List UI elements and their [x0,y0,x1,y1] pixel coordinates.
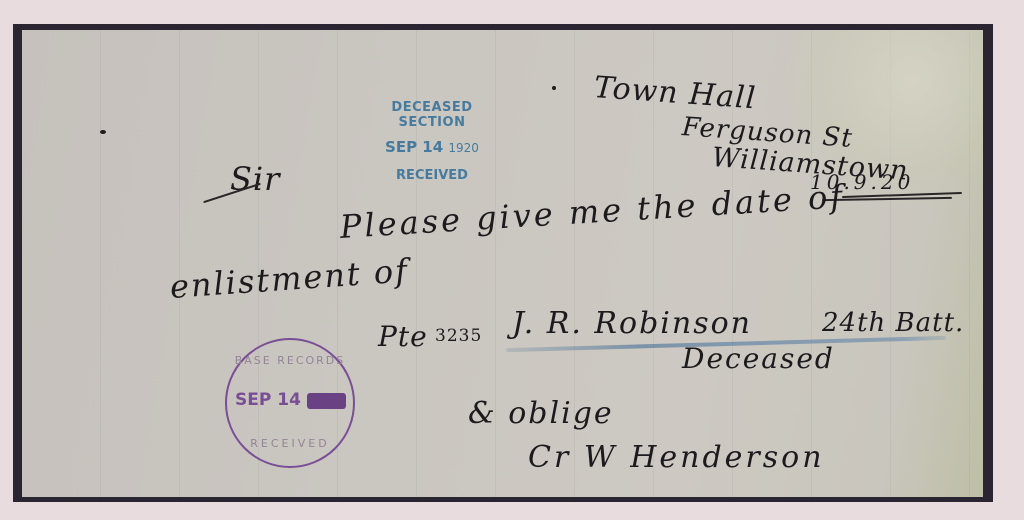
stamp-line-received: RECEIVED [362,168,502,183]
soldier-name: J. R. Robinson [512,306,752,341]
address-line-town-hall: Town Hall [593,70,758,116]
deceased-section-stamp: DECEASED SECTION SEP 14 1920 RECEIVED [362,100,502,183]
body-line-2: enlistment of [169,251,410,306]
stamp-date-year: 1920 [307,393,346,409]
stamp-date-day: SEP 14 [385,138,443,156]
stamp-line-deceased: DECEASED [362,100,502,115]
stamp-bottom-text: RECEIVED [227,437,353,450]
stamp-line-section: SECTION [362,115,502,130]
battalion: 24th Batt. [822,308,964,338]
rank-prefix: Pte [378,320,428,353]
salutation: Sir [230,160,280,198]
stamp-date-year: 1920 [448,141,479,155]
ink-blot [100,130,106,134]
stamp-date-day: SEP 14 [235,390,301,410]
stamp-date: SEP 14 1920 [235,390,353,410]
signature: Cr W Henderson [528,440,825,475]
status-deceased: Deceased [682,342,835,375]
body-line-1: Please give me the date of [339,177,846,246]
stamp-date: SEP 14 1920 [362,138,502,156]
base-records-stamp: BASE RECORDS SEP 14 1920 RECEIVED [225,338,355,468]
service-number: 3235 [435,326,482,346]
stamp-top-text: BASE RECORDS [227,354,353,367]
closing: & oblige [468,396,614,431]
document-photo-frame: DECEASED SECTION SEP 14 1920 RECEIVED BA… [13,24,993,502]
ink-dot [552,86,556,90]
